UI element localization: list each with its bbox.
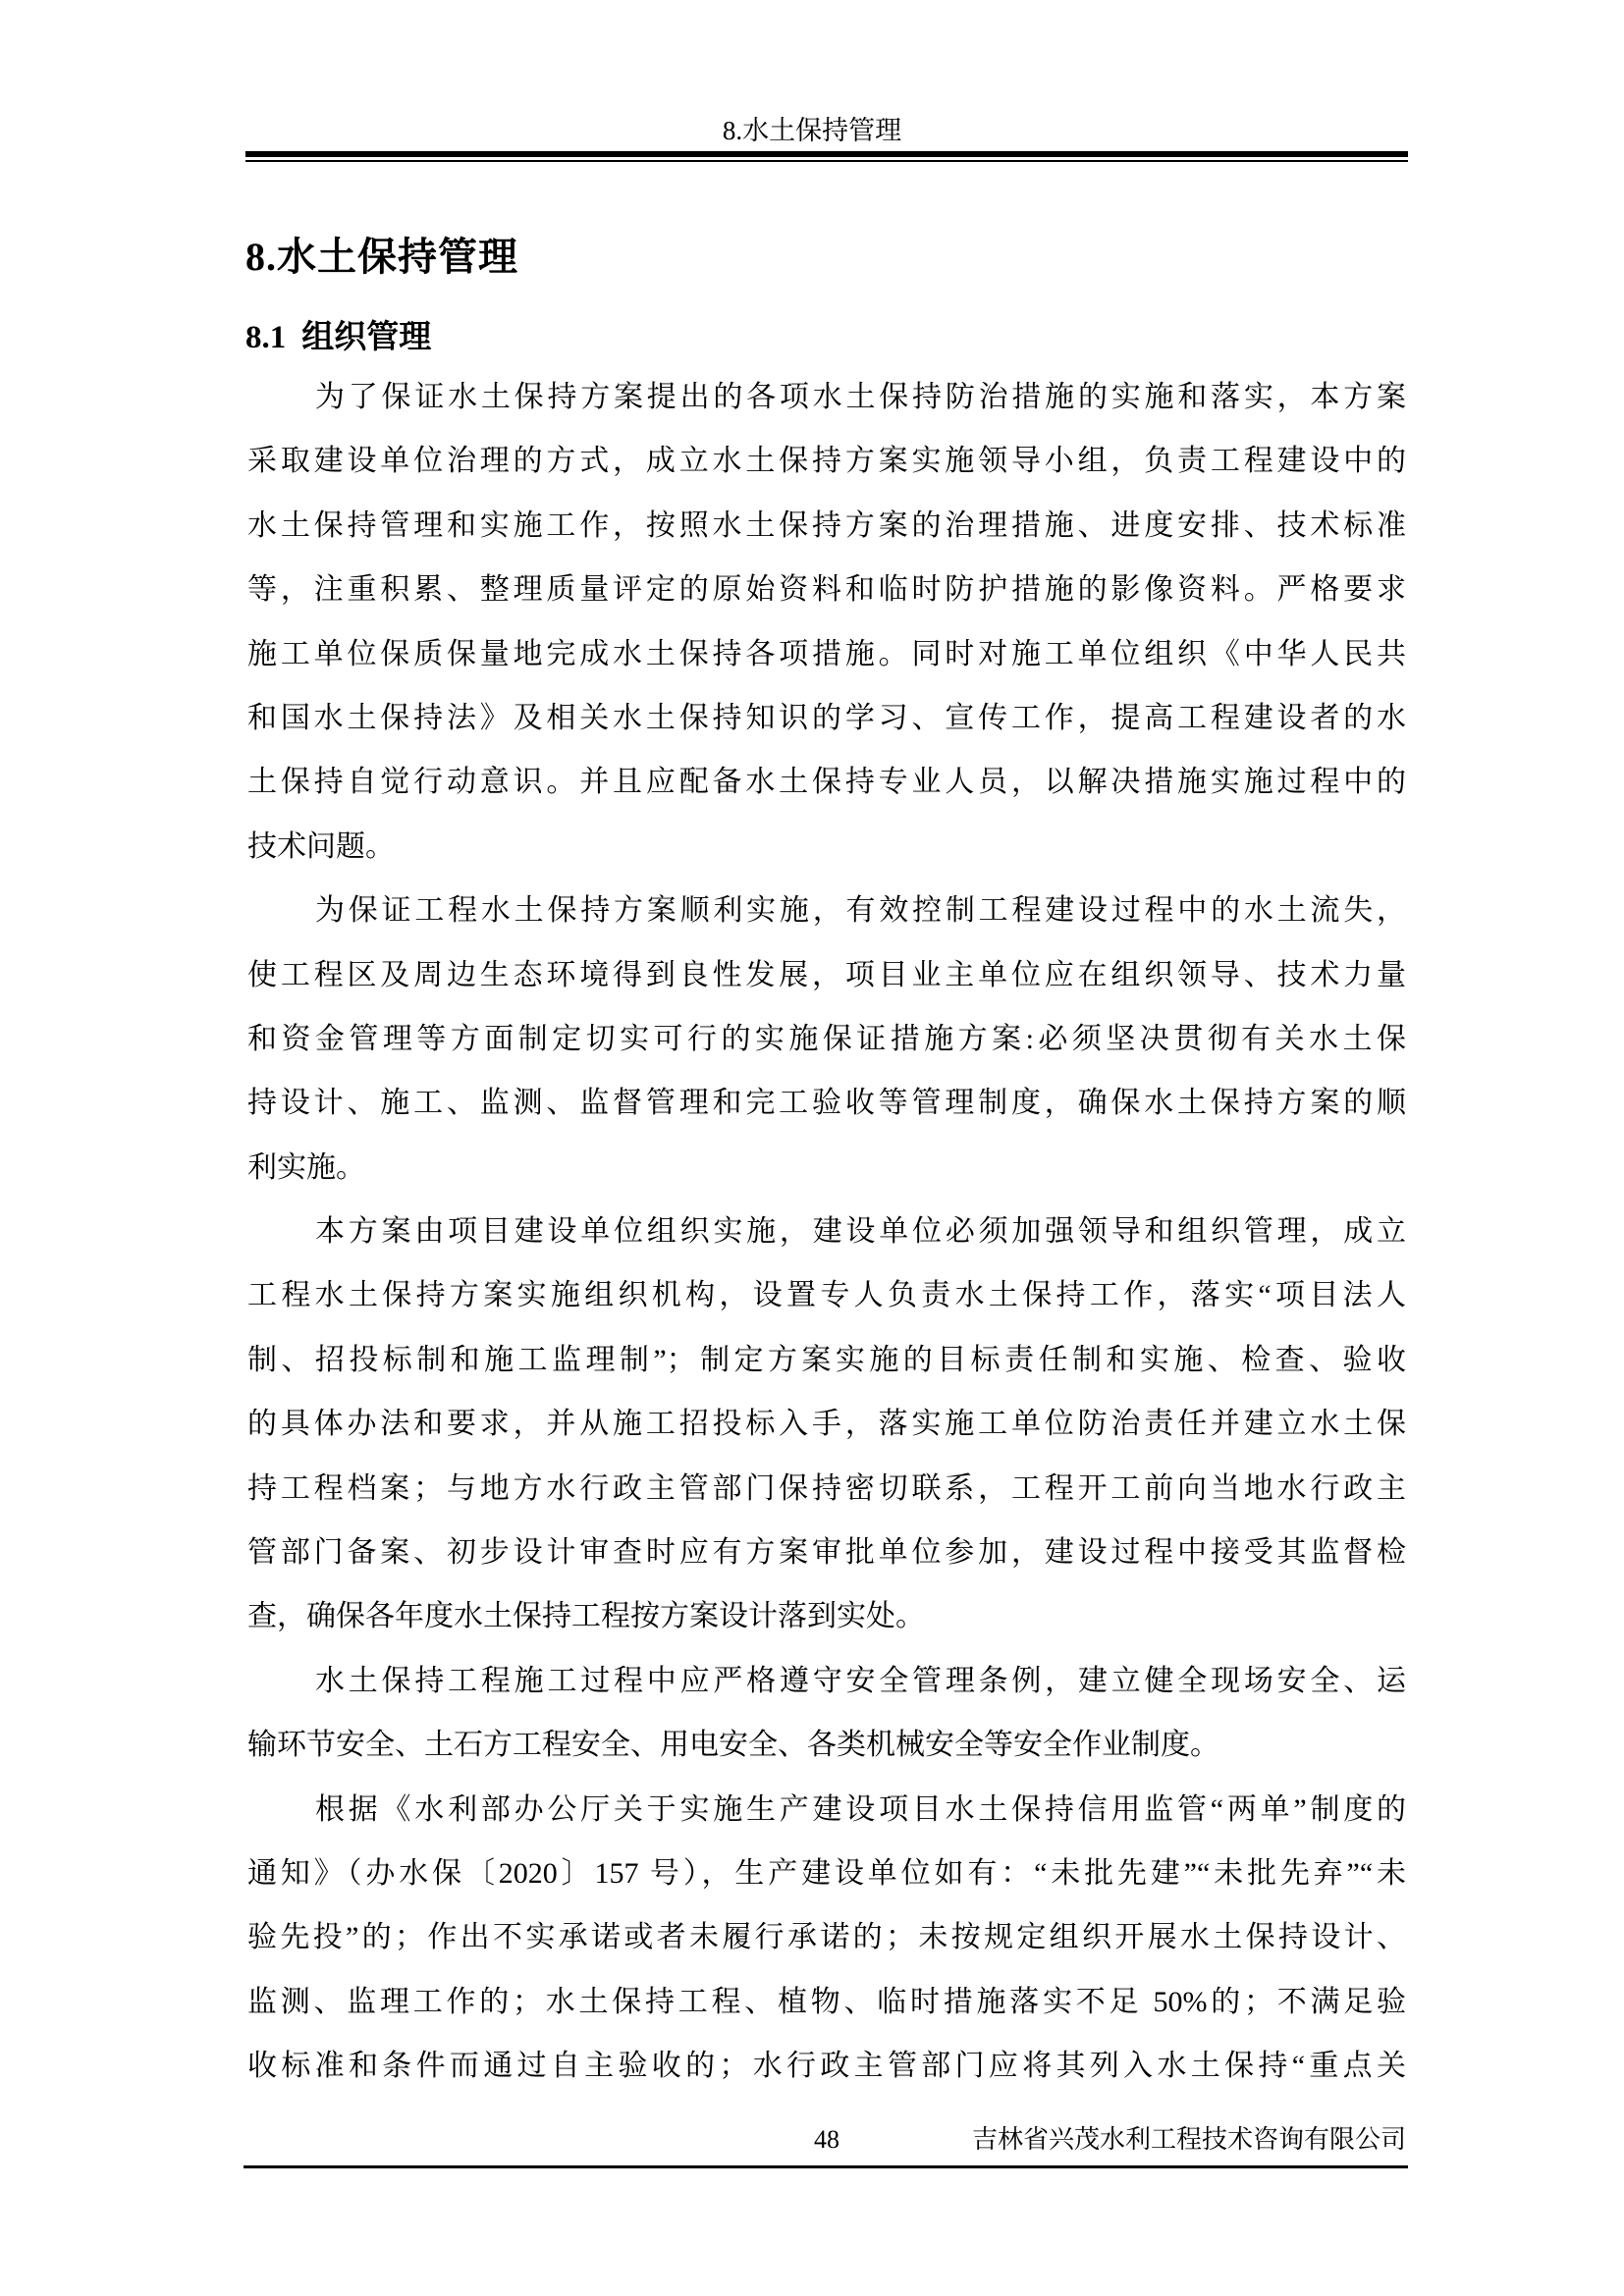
paragraph-2: 为保证工程水土保持方案顺利实施，有效控制工程建设过程中的水土流失， 使工程区及周… [247, 879, 1406, 1200]
paragraph-5: 根据《水利部办公厅关于实施生产建设项目水土保持信用监管“两单”制度的 通知》（办… [247, 1778, 1406, 2099]
text-line: 使工程区及周边生态环境得到良性发展，项目业主单位应在组织领导、技术力量 [247, 943, 1406, 1007]
chapter-title: 8.水土保持管理 [245, 234, 518, 281]
footer-rule [244, 2165, 1408, 2168]
text-line: 的具体办法和要求，并从施工招投标入手，落实施工单位防治责任并建立水土保 [247, 1392, 1406, 1456]
text-line: 监测、监理工作的；水土保持工程、植物、临时措施落实不足 50%的；不满足验 [247, 1970, 1406, 2034]
text-line: 持设计、施工、监测、监督管理和完工验收等管理制度，确保水土保持方案的顺 [247, 1071, 1406, 1135]
footer-company-name: 吉林省兴茂水利工程技术咨询有限公司 [972, 2124, 1406, 2156]
text-line: 为了保证水土保持方案提出的各项水土保持防治措施的实施和落实，本方案 [247, 365, 1406, 429]
document-body: 为了保证水土保持方案提出的各项水土保持防治措施的实施和落实，本方案 采取建设单位… [247, 365, 1406, 2099]
section-number: 8.1 [245, 320, 286, 355]
paragraph-3: 本方案由项目建设单位组织实施，建设单位必须加强领导和组织管理，成立 工程水土保持… [247, 1200, 1406, 1649]
section-heading: 8.1组织管理 [245, 318, 431, 357]
text-line: 工程水土保持方案实施组织机构，设置专人负责水土保持工作，落实“项目法人 [247, 1263, 1406, 1327]
text-line: 验先投”的；作出不实承诺或者未履行承诺的；未按规定组织开展水土保持设计、 [247, 1905, 1406, 1969]
text-line: 采取建设单位治理的方式，成立水土保持方案实施领导小组，负责工程建设中的 [247, 429, 1406, 493]
text-line: 根据《水利部办公厅关于实施生产建设项目水土保持信用监管“两单”制度的 [247, 1778, 1406, 1842]
text-line: 水土保持工程施工过程中应严格遵守安全管理条例，建立健全现场安全、运 [247, 1649, 1406, 1713]
paragraph-1: 为了保证水土保持方案提出的各项水土保持防治措施的实施和落实，本方案 采取建设单位… [247, 365, 1406, 879]
header-rule [245, 151, 1408, 162]
text-line: 和国水土保持法》及相关水土保持知识的学习、宣传工作，提高工程建设者的水 [247, 686, 1406, 750]
text-line: 为保证工程水土保持方案顺利实施，有效控制工程建设过程中的水土流失， [247, 879, 1406, 942]
text-line: 本方案由项目建设单位组织实施，建设单位必须加强领导和组织管理，成立 [247, 1200, 1406, 1263]
text-line: 通知》（办水保〔2020〕157 号），生产建设单位如有：“未批先建”“未批先弃… [247, 1842, 1406, 1905]
text-line: 制、招投标制和施工监理制”；制定方案实施的目标责任制和实施、检查、验收 [247, 1328, 1406, 1392]
text-line: 查，确保各年度水土保持工程按方案设计落到实处。 [247, 1584, 1406, 1648]
text-line: 施工单位保质保量地完成水土保持各项措施。同时对施工单位组织《中华人民共 [247, 622, 1406, 686]
text-line: 土保持自觉行动意识。并且应配备水土保持专业人员，以解决措施实施过程中的 [247, 750, 1406, 814]
text-line: 和资金管理等方面制定切实可行的实施保证措施方案:必须坚决贯彻有关水土保 [247, 1007, 1406, 1071]
text-line: 利实施。 [247, 1136, 1406, 1200]
text-line: 水土保持管理和实施工作，按照水土保持方案的治理措施、进度安排、技术标准 [247, 494, 1406, 558]
page-header-title: 8.水土保持管理 [0, 114, 1624, 147]
document-page: 8.水土保持管理 8.水土保持管理 8.1组织管理 为了保证水土保持方案提出的各… [0, 0, 1624, 2296]
section-title: 组织管理 [301, 320, 431, 355]
text-line: 等，注重积累、整理质量评定的原始资料和临时防护措施的影像资料。严格要求 [247, 558, 1406, 621]
text-line: 持工程档案；与地方水行政主管部门保持密切联系，工程开工前向当地水行政主 [247, 1457, 1406, 1521]
text-line: 输环节安全、土石方工程安全、用电安全、各类机械安全等安全作业制度。 [247, 1713, 1406, 1777]
text-line: 技术问题。 [247, 815, 1406, 879]
text-line: 管部门备案、初步设计审查时应有方案审批单位参加，建设过程中接受其监督检 [247, 1521, 1406, 1584]
paragraph-4: 水土保持工程施工过程中应严格遵守安全管理条例，建立健全现场安全、运 输环节安全、… [247, 1649, 1406, 1778]
text-line: 收标准和条件而通过自主验收的；水行政主管部门应将其列入水土保持“重点关 [247, 2034, 1406, 2098]
